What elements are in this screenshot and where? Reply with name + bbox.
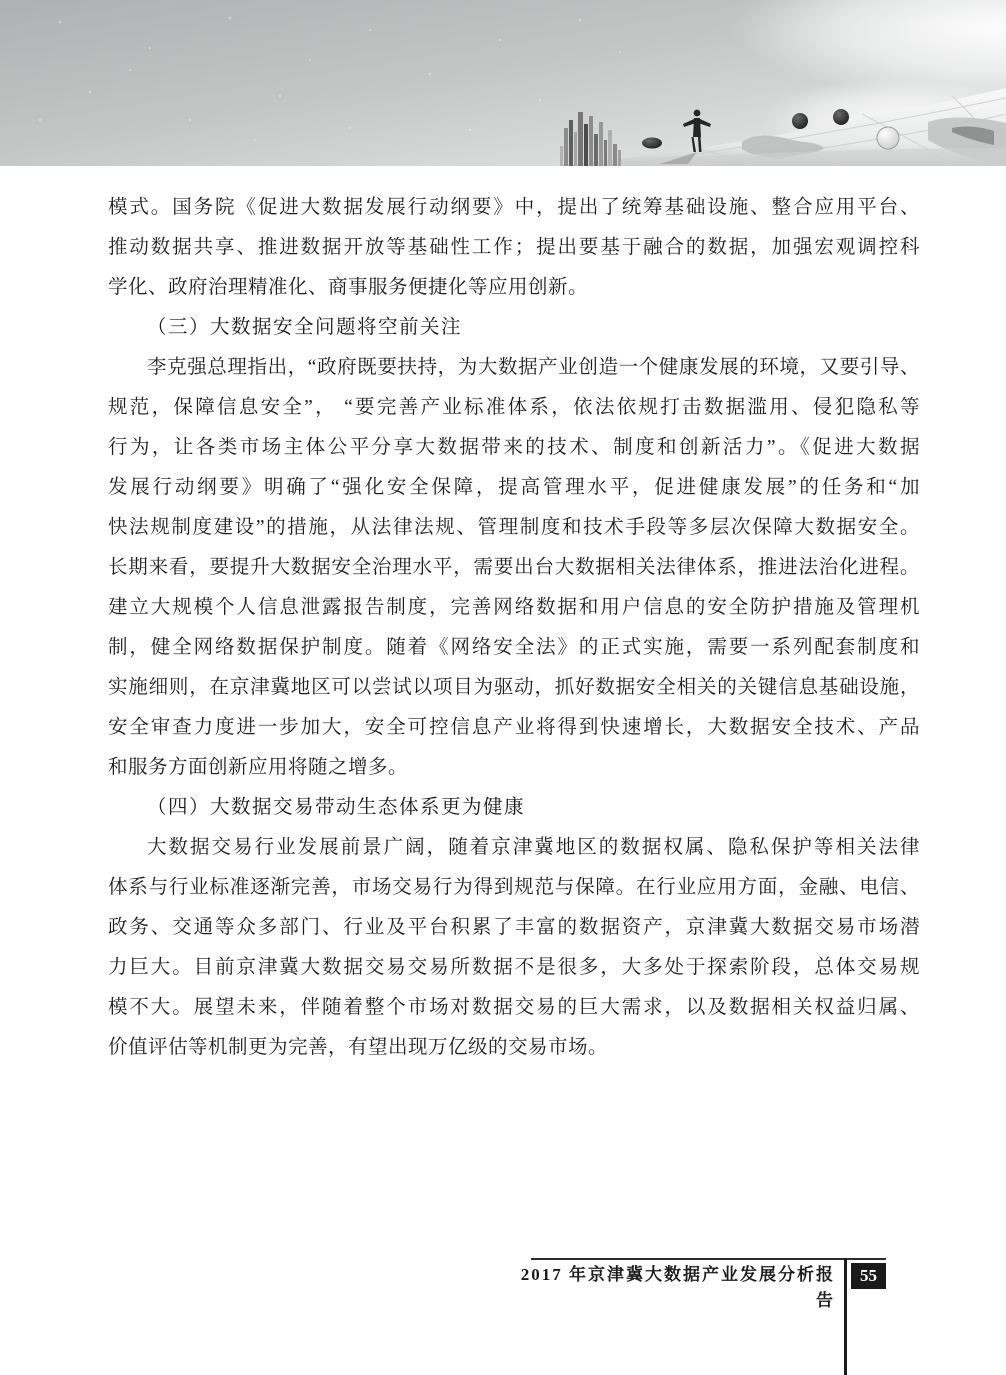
text-line: 体系与行业标准逐渐完善，市场交易行为得到规范与保障。在行业应用方面，金融、电信、 [108,868,920,908]
text-line: 价值评估等机制更为完善，有望出现万亿级的交易市场。 [108,1028,920,1068]
footer-horizontal-rule [531,1258,886,1260]
text-line: 推动数据共享、推进数据开放等基础性工作；提出要基于融合的数据，加强宏观调控科 [108,228,920,268]
text-line: 模不大。展望未来，伴随着整个市场对数据交易的巨大需求，以及数据相关权益归属、 [108,988,920,1028]
text-line: 力巨大。目前京津冀大数据交易交易所数据不是很多，大多处于探索阶段，总体交易规 [108,948,920,988]
text-line: 实施细则，在京津冀地区可以尝试以项目为驱动，抓好数据安全相关的关键信息基础设施， [108,668,920,708]
text-line: 长期来看，要提升大数据安全治理水平，需要出台大数据相关法律体系，推进法治化进程。 [108,548,920,588]
footer-report-title: 2017 年京津冀大数据产业发展分析报告 [520,1262,835,1288]
header-art [0,0,1006,166]
document-page: 模式。国务院《促进大数据发展行动纲要》中，提出了统筹基础设施、整合应用平台、推动… [0,0,1006,1375]
section-heading-four: （四）大数据交易带动生态体系更为健康 [108,788,920,828]
section-heading-three: （三）大数据安全问题将空前关注 [108,308,920,348]
body-paragraph-trading: 大数据交易行业发展前景广阔，随着京津冀地区的数据权属、隐私保护等相关法律体系与行… [108,828,920,1068]
text-line: 大数据交易行业发展前景广阔，随着京津冀地区的数据权属、隐私保护等相关法律 [108,828,920,868]
header-banner [0,0,1006,166]
text-line: 李克强总理指出，“政府既要扶持，为大数据产业创造一个健康发展的环境，又要引导、 [108,348,920,388]
page-number-badge: 55 [851,1263,886,1289]
text-line: 和服务方面创新应用将随之增多。 [108,748,920,788]
text-line: 制，健全网络数据保护制度。随着《网络安全法》的正式实施，需要一系列配套制度和 [108,628,920,668]
text-line: 快法规制度建设”的措施，从法律法规、管理制度和技术手段等多层次保障大数据安全。 [108,508,920,548]
text-line: 安全审查力度进一步加大，安全可控信息产业将得到快速增长，大数据安全技术、产品 [108,708,920,748]
body-paragraph-security: 李克强总理指出，“政府既要扶持，为大数据产业创造一个健康发展的环境，又要引导、规… [108,348,920,788]
text-line: 建立大规模个人信息泄露报告制度，完善网络数据和用户信息的安全防护措施及管理机 [108,588,920,628]
text-line: 行为，让各类市场主体公平分享大数据带来的技术、制度和创新活力”。《促进大数据 [108,428,920,468]
text-line: 规范，保障信息安全”， “要完善产业标准体系，依法依规打击数据滥用、侵犯隐私等 [108,388,920,428]
page-body: 模式。国务院《促进大数据发展行动纲要》中，提出了统筹基础设施、整合应用平台、推动… [108,188,920,1068]
text-line: 发展行动纲要》明确了“强化安全保障，提高管理水平，促进健康发展”的任务和“加 [108,468,920,508]
body-paragraph-continued: 模式。国务院《促进大数据发展行动纲要》中，提出了统筹基础设施、整合应用平台、推动… [108,188,920,308]
text-line: 学化、政府治理精准化、商事服务便捷化等应用创新。 [108,268,920,308]
footer-vertical-rule [844,1258,847,1375]
text-line: 模式。国务院《促进大数据发展行动纲要》中，提出了统筹基础设施、整合应用平台、 [108,188,920,228]
text-line: 政务、交通等众多部门、行业及平台积累了丰富的数据资产，京津冀大数据交易市场潜 [108,908,920,948]
